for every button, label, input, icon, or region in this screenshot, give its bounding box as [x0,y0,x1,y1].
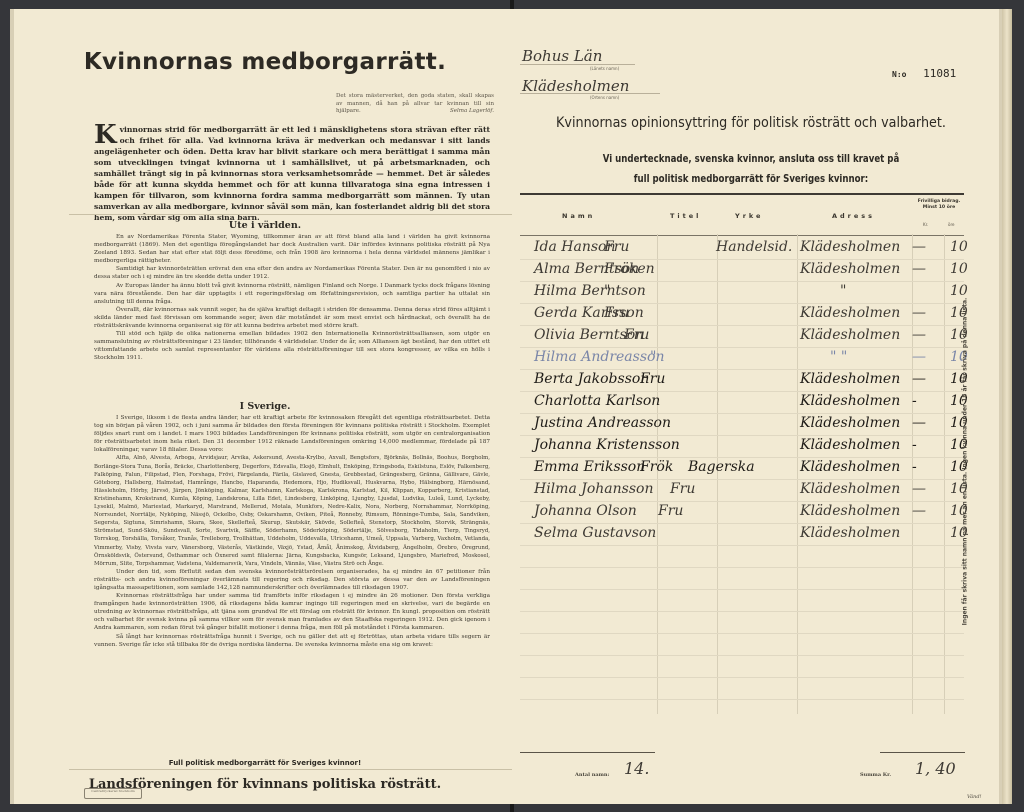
cell-namn: Emma Eriksson [534,459,645,475]
table-row: Gerda Karlsson Fru Klädesholmen — 10 [520,303,970,325]
form-title: Kvinnornas opinionsyttring för politisk … [541,115,962,131]
intro-text: vinnornas strid för medborgarrätt är ett… [94,125,490,222]
row-line [520,611,964,612]
cell-adress: Klädesholmen [800,503,900,519]
cell-kr: — [912,349,926,365]
table-row: Olivia Berntson Fru Klädesholmen — 10 [520,325,970,347]
table-header-rule [520,235,964,236]
cell-namn: Hilma Andreasson [534,349,664,365]
cell-titel: Frök [640,459,673,475]
cell-kr: — [912,503,926,519]
paragraph: Överallt, där kvinnornas sak vunnit sege… [94,306,490,330]
county-line [520,64,635,65]
cell-namn: Hilma Berntson [534,283,646,299]
cell-titel: Fru [670,481,695,497]
column-header-bidrag: Frivilliga bidrag. Minst 10 öre [912,199,966,211]
table-row: Alma Berntson Fröken Klädesholmen — 10 [520,259,970,281]
column-header-yrke: Yrke [735,212,763,220]
cell-kr: — [912,261,926,277]
cell-adress: Klädesholmen [800,371,900,387]
table-row: Johanna Olson Fru Klädesholmen — 10 [520,501,970,523]
cell-kr: - [912,437,917,453]
summa-value: 1, 40 [915,759,956,778]
cell-titel: Fru [604,305,629,321]
table-row: Hilma Andreasson " " " — 10 [520,347,970,369]
cell-adress: " " [830,349,847,365]
slogan: Full politisk medborgarrätt för Sveriges… [14,759,516,767]
paragraph: I Sverige, liksom i de flesta andra länd… [94,414,490,454]
left-page: Kvinnornas medborgarrätt. Det stora mäst… [10,9,512,804]
pledge-line-1: Vi undertecknade, svenska kvinnor, anslu… [555,153,947,165]
parish-label: (Ortens namn) [590,95,619,100]
column-header-ore: öre [948,222,954,227]
paragraph: En av Nordamerikas Förenta Stater, Wyomi… [94,233,490,265]
cell-kr: - [912,393,917,409]
cell-kr: — [912,327,926,343]
row-line [520,545,964,546]
cell-titel: Fru [640,371,665,387]
summa-label: Summa Kr. [860,772,891,778]
section-sweden-body: I Sverige, liksom i de flesta andra länd… [94,414,490,649]
table-row: Charlotta Karlson Klädesholmen - 10 [520,391,970,413]
right-page: Bohus Län (Länets namn) Klädesholmen (Or… [512,9,1002,804]
row-line [520,589,964,590]
turn-over-note: Vänd! [967,794,982,800]
antal-namn-label: Antal namn: [575,772,609,778]
table-row: Selma Gustavson Klädesholmen 10 [520,523,970,545]
cell-adress: Klädesholmen [800,239,900,255]
epigraph: Det stora mästerverket, den goda staten,… [336,93,494,116]
row-line [520,567,964,568]
cell-namn: Berta Jakobsson [534,371,649,387]
paragraph: Så långt har kvinnornas rösträttsfråga h… [94,633,490,649]
footer-rule-left [520,752,655,753]
cell-kr: — [912,371,926,387]
cell-kr: — [912,305,926,321]
cell-yrke: Bagerska [688,459,755,475]
antal-namn-value: 14. [624,759,649,778]
cell-titel: Fru [624,327,649,343]
cell-adress: Klädesholmen [800,393,900,409]
county-label: (Länets namn) [590,66,619,71]
column-header-titel: Titel [670,212,701,220]
cell-titel: " [604,283,610,299]
cell-titel: Fru [604,239,629,255]
table-row: Justina Andreasson Klädesholmen — 10 [520,413,970,435]
page-title: Kvinnornas medborgarrätt. [14,49,516,75]
section-heading-world: Ute i världen. [14,220,516,231]
table-row: Berta Jakobsson Fru Klädesholmen — 10 [520,369,970,391]
places-list: Alfta, Alnö, Alvesta, Arboga, Arvidsjaur… [94,454,490,567]
pledge-line-2: full politisk medborgarrätt för Sveriges… [555,173,947,185]
table-row: Hilma Johansson Fru Klädesholmen — 10 [520,479,970,501]
divider [69,214,514,215]
number-value: 11081 [923,67,956,80]
table-row: Emma Eriksson Frök Bagerska Klädesholmen… [520,457,970,479]
cell-titel: Fröken [604,261,655,277]
section-heading-sweden: I Sverige. [14,401,516,412]
cell-adress: Klädesholmen [800,459,900,475]
page-edge [1002,9,1012,804]
table-row: Hilma Berntson " " 10 [520,281,970,303]
paragraph: Till stöd och hjälp de olika nationerna … [94,330,490,362]
cell-namn: Johanna Olson [534,503,637,519]
county-handwritten: Bohus Län [522,47,602,65]
row-line [520,633,964,634]
cell-adress: Klädesholmen [800,305,900,321]
cell-adress: Klädesholmen [800,525,900,541]
side-instructions-text: Ingen får skriva sitt namn på mer än en … [962,225,969,699]
epigraph-author: Selma Lagerlöf. [450,108,494,116]
cell-namn: Selma Gustavson [534,525,656,541]
footer-rule-right [880,752,965,753]
cell-adress: Klädesholmen [800,327,900,343]
row-line [520,677,964,678]
document-number: N:o 11081 [892,67,956,80]
column-header-kr: Kr. [923,222,928,227]
cell-titel: " [650,349,656,365]
cell-kr: — [912,481,926,497]
cell-adress: Klädesholmen [800,437,900,453]
cell-adress: Klädesholmen [800,261,900,277]
row-line [520,655,964,656]
row-line [520,699,964,700]
side-instructions: Ingen får skriva sitt namn på mer än en … [958,230,972,700]
cell-titel: Fru [658,503,683,519]
printer-stamp: Centraltryckeriet Stockholm [84,788,142,799]
cell-kr: - [912,459,917,475]
cell-kr: — [912,239,926,255]
cell-adress: Klädesholmen [800,481,900,497]
cell-kr: — [912,415,926,431]
cell-adress: Klädesholmen [800,415,900,431]
parish-line [520,93,660,94]
column-header-adress: Adress [832,212,875,220]
table-row: Johanna Kristensson Klädesholmen - 10 [520,435,970,457]
paragraph: Samtidigt har kvinnorösträtten erövrat d… [94,265,490,281]
cell-adress: " [840,283,846,299]
paragraph: Av Europas länder ha ännu blott två givi… [94,282,490,306]
cell-namn: Hilma Johansson [534,481,653,497]
intro-paragraph: K vinnornas strid för medborgarrätt är e… [94,124,490,223]
column-header-namn: Namn [562,212,595,220]
cell-namn: Charlotta Karlson [534,393,660,409]
table-top-rule [520,193,964,195]
dropcap: K [94,125,117,145]
cell-yrke: Handelsid. [716,239,792,255]
cell-namn: Johanna Kristensson [534,437,680,453]
divider [69,769,514,770]
cell-namn: Justina Andreasson [534,415,671,431]
bidrag-note-2: Minst 10 öre [912,205,966,211]
section-world-body: En av Nordamerikas Förenta Stater, Wyomi… [94,233,490,363]
table-row: Ida Hanson Fru Handelsid. Klädesholmen —… [520,237,970,259]
number-label: N:o [892,70,906,79]
paragraph: Kvinnornas rösträttsfråga har under samm… [94,592,490,632]
paragraph: Under den tid, som förflutit sedan den s… [94,568,490,592]
